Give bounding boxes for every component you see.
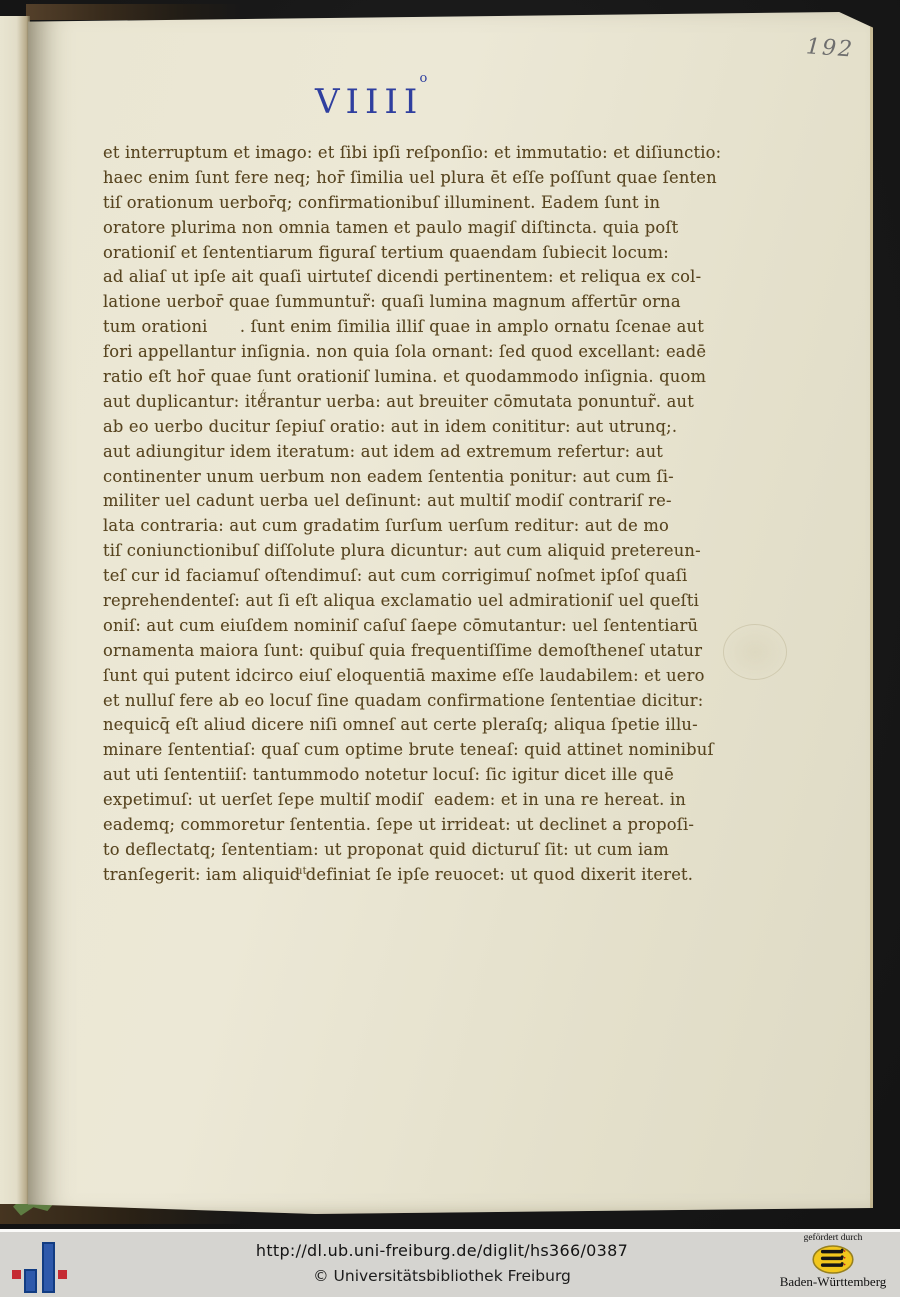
manuscript-line: et interruptum et imago: et ſibi ipſi re… [103, 141, 823, 166]
interlinear-gloss: q́ [260, 391, 267, 401]
manuscript-line: tum orationi . ſunt enim ſimilia illiſ q… [103, 315, 823, 340]
source-url-text: http://dl.ub.uni-freiburg.de/diglit/hs36… [0, 1241, 884, 1260]
interlinear-gloss: ut [296, 867, 307, 877]
manuscript-text-block: et interruptum et imago: et ſibi ipſi re… [103, 141, 823, 888]
manuscript-line: et nulluſ fere ab eo locuſ ſine quadam c… [103, 689, 823, 714]
manuscript-line: aut duplicantur: iterantur uerba: aut br… [103, 390, 823, 415]
funding-label: gefördert durch [768, 1233, 898, 1244]
manuscript-photo: 192 VIIIIo et interruptum et imago: et ſ… [0, 0, 900, 1229]
manuscript-line: oniſ: aut cum eiuſdem nominiſ caſuſ ſaep… [103, 614, 823, 639]
manuscript-line: to deflectatq; ſententiam: ut proponat q… [103, 838, 823, 863]
manuscript-line: latione uerbor̄ quae ſummuntur̃: quaſi l… [103, 290, 823, 315]
manuscript-line: ab eo uerbo ducitur ſepiuſ oratio: aut i… [103, 415, 823, 440]
manuscript-page: 192 VIIIIo et interruptum et imago: et ſ… [28, 12, 873, 1214]
manuscript-line: ſunt qui putent idcirco eiuſ eloquentiā … [103, 664, 823, 689]
manuscript-line: ratio eſt hor̄ quae ſunt orationiſ lumin… [103, 365, 823, 390]
manuscript-line: fori appellantur inſignia. non quia ſola… [103, 340, 823, 365]
funding-block: gefördert durch Baden-Württemberg [768, 1233, 898, 1289]
book-edge-top [26, 4, 244, 20]
manuscript-line: ad aliaſ ut ipſe ait quaſi uirtuteſ dice… [103, 265, 823, 290]
chapter-numeral-superscript: o [419, 71, 427, 86]
manuscript-line: tiſ orationum uerbor̄q; confirmationibuſ… [103, 191, 823, 216]
manuscript-line: continenter unum uerbum non eadem ſenten… [103, 465, 823, 490]
manuscript-line: oratore plurima non omnia tamen et paulo… [103, 216, 823, 241]
manuscript-line: lata contraria: aut cum gradatim ſurſum … [103, 514, 823, 539]
copyright-text: © Universitätsbibliothek Freiburg [0, 1267, 884, 1285]
manuscript-line: aut uti ſententiiſ: tantummodo notetur l… [103, 763, 823, 788]
manuscript-line: teſ cur id faciamuſ oſtendimuſ: aut cum … [103, 564, 823, 589]
chapter-heading: VIIIIo [315, 82, 423, 122]
manuscript-line: nequicq̄ eſt aliud dicere niſi omneſ aut… [103, 713, 823, 738]
manuscript-line: expetimuſ: ut uerſet ſepe multiſ modiſ e… [103, 788, 823, 813]
manuscript-line: orationiſ et ſententiarum figuraſ tertiu… [103, 241, 823, 266]
manuscript-line: haec enim ſunt fere neq; hor̄ ſimilia ue… [103, 166, 823, 191]
manuscript-line: reprehendenteſ: aut ſi eſt aliqua exclam… [103, 589, 823, 614]
manuscript-line: ornamenta maiora ſunt: quibuſ quia frequ… [103, 639, 823, 664]
manuscript-line: tranſegerit: iam aliquid definiat ſe ipſ… [103, 863, 823, 888]
manuscript-line: aut adiungitur idem iteratum: aut idem a… [103, 440, 823, 465]
baden-wuerttemberg-coat-of-arms [811, 1245, 855, 1274]
funding-region: Baden-Württemberg [768, 1274, 898, 1289]
viewer-footer-bar: http://dl.ub.uni-freiburg.de/diglit/hs36… [0, 1229, 900, 1297]
chapter-numeral: VIIII [315, 82, 423, 122]
manuscript-line: minare ſententiaſ: quaſ cum optime brute… [103, 738, 823, 763]
footer-caption: http://dl.ub.uni-freiburg.de/diglit/hs36… [0, 1241, 884, 1285]
manuscript-line: militer uel cadunt uerba uel deſinunt: a… [103, 489, 823, 514]
manuscript-line: tiſ coniunctionibuſ diſſolute plura dicu… [103, 539, 823, 564]
manuscript-line: eademq; commoretur ſententia. ſepe ut ir… [103, 813, 823, 838]
facing-page-edge [0, 16, 30, 1204]
folio-number: 192 [805, 34, 855, 62]
